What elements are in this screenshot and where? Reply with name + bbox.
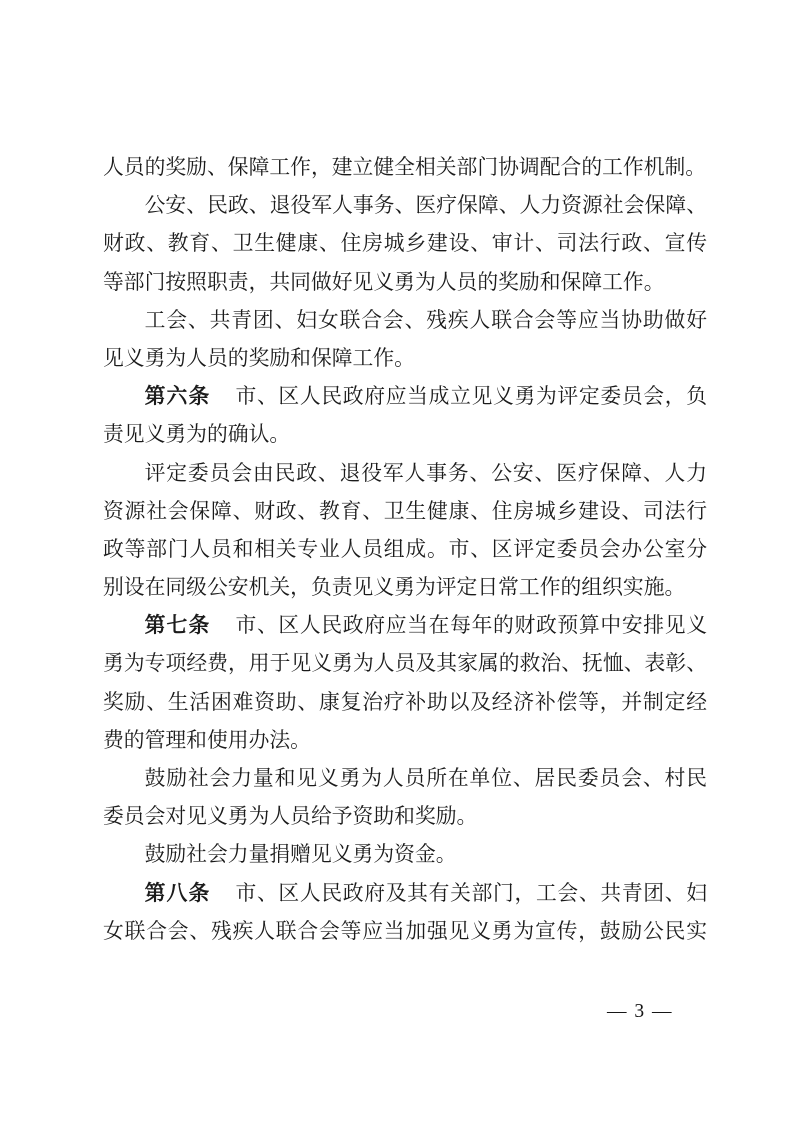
- text-line: 勇为专项经费，用于见义勇为人员及其家属的救治、抚恤、表彰、: [103, 645, 707, 683]
- paragraph: 公安、民政、退役军人事务、医疗保障、人力资源社会保障、财政、教育、卫生健康、住房…: [103, 187, 707, 302]
- text-line: 费的管理和使用办法。: [103, 722, 707, 760]
- paragraph: 第六条市、区人民政府应当成立见义勇为评定委员会，负责见义勇为的确认。: [103, 378, 707, 454]
- page-number: — 3 —: [607, 1000, 673, 1024]
- text-line: 财政、教育、卫生健康、住房城乡建设、审计、司法行政、宣传: [103, 225, 707, 263]
- text-line: 政等部门人员和相关专业人员组成。市、区评定委员会办公室分: [103, 531, 707, 569]
- text-line: 委员会对见义勇为人员给予资助和奖励。: [103, 798, 707, 836]
- article-number: 第六条: [145, 385, 211, 408]
- text-line-content: 评定委员会由民政、退役军人事务、公安、医疗保障、人力: [145, 462, 707, 485]
- article-number: 第八条: [145, 882, 211, 905]
- text-line: 等部门按照职责，共同做好见义勇为人员的奖励和保障工作。: [103, 264, 707, 302]
- text-line: 第六条市、区人民政府应当成立见义勇为评定委员会，负: [103, 378, 707, 416]
- text-line: 鼓励社会力量捐赠见义勇为资金。: [103, 836, 707, 874]
- document-page: 人员的奖励、保障工作，建立健全相关部门协调配合的工作机制。公安、民政、退役军人事…: [0, 0, 793, 1122]
- paragraph: 工会、共青团、妇女联合会、残疾人联合会等应当协助做好见义勇为人员的奖励和保障工作…: [103, 302, 707, 378]
- text-line-content: 见义勇为人员的奖励和保障工作。: [103, 347, 415, 370]
- text-line-content: 公安、民政、退役军人事务、医疗保障、人力资源社会保障、: [145, 194, 707, 217]
- text-line-content: 人员的奖励、保障工作，建立健全相关部门协调配合的工作机制。: [103, 156, 706, 179]
- text-line: 奖励、生活困难资助、康复治疗补助以及经济补偿等，并制定经: [103, 684, 707, 722]
- text-line-content: 市、区人民政府及其有关部门，工会、共青团、妇: [235, 882, 707, 905]
- text-line-content: 财政、教育、卫生健康、住房城乡建设、审计、司法行政、宣传: [103, 232, 707, 255]
- text-line-content: 勇为专项经费，用于见义勇为人员及其家属的救治、抚恤、表彰、: [103, 652, 707, 675]
- text-line-content: 女联合会、残疾人联合会等应当加强见义勇为宣传，鼓励公民实: [103, 920, 707, 943]
- paragraph: 鼓励社会力量捐赠见义勇为资金。: [103, 836, 707, 874]
- text-line-content: 别设在同级公安机关，负责见义勇为评定日常工作的组织实施。: [103, 576, 685, 599]
- text-line: 第八条市、区人民政府及其有关部门，工会、共青团、妇: [103, 875, 707, 913]
- paragraph: 第八条市、区人民政府及其有关部门，工会、共青团、妇女联合会、残疾人联合会等应当加…: [103, 875, 707, 951]
- text-line: 女联合会、残疾人联合会等应当加强见义勇为宣传，鼓励公民实: [103, 913, 707, 951]
- text-line-content: 奖励、生活困难资助、康复治疗补助以及经济补偿等，并制定经: [103, 691, 707, 714]
- paragraph: 人员的奖励、保障工作，建立健全相关部门协调配合的工作机制。: [103, 149, 707, 187]
- text-line-content: 资源社会保障、财政、教育、卫生健康、住房城乡建设、司法行: [103, 500, 707, 523]
- paragraph: 评定委员会由民政、退役军人事务、公安、医疗保障、人力资源社会保障、财政、教育、卫…: [103, 455, 707, 608]
- text-line-content: 责见义勇为的确认。: [103, 423, 290, 446]
- text-line: 别设在同级公安机关，负责见义勇为评定日常工作的组织实施。: [103, 569, 707, 607]
- text-line-content: 等部门按照职责，共同做好见义勇为人员的奖励和保障工作。: [103, 271, 665, 294]
- text-line-content: 鼓励社会力量捐赠见义勇为资金。: [145, 843, 457, 866]
- text-line: 公安、民政、退役军人事务、医疗保障、人力资源社会保障、: [103, 187, 707, 225]
- text-line-content: 委员会对见义勇为人员给予资助和奖励。: [103, 805, 477, 828]
- text-line-content: 鼓励社会力量和见义勇为人员所在单位、居民委员会、村民: [145, 767, 707, 790]
- text-line: 见义勇为人员的奖励和保障工作。: [103, 340, 707, 378]
- paragraph: 鼓励社会力量和见义勇为人员所在单位、居民委员会、村民委员会对见义勇为人员给予资助…: [103, 760, 707, 836]
- text-line-content: 市、区人民政府应当在每年的财政预算中安排见义: [235, 614, 707, 637]
- paragraph: 第七条市、区人民政府应当在每年的财政预算中安排见义勇为专项经费，用于见义勇为人员…: [103, 607, 707, 760]
- text-line: 评定委员会由民政、退役军人事务、公安、医疗保障、人力: [103, 455, 707, 493]
- text-line-content: 工会、共青团、妇女联合会、残疾人联合会等应当协助做好: [145, 309, 707, 332]
- text-line: 工会、共青团、妇女联合会、残疾人联合会等应当协助做好: [103, 302, 707, 340]
- text-line: 第七条市、区人民政府应当在每年的财政预算中安排见义: [103, 607, 707, 645]
- text-line: 人员的奖励、保障工作，建立健全相关部门协调配合的工作机制。: [103, 149, 707, 187]
- text-line: 鼓励社会力量和见义勇为人员所在单位、居民委员会、村民: [103, 760, 707, 798]
- document-body: 人员的奖励、保障工作，建立健全相关部门协调配合的工作机制。公安、民政、退役军人事…: [103, 149, 707, 951]
- text-line: 责见义勇为的确认。: [103, 416, 707, 454]
- article-number: 第七条: [145, 614, 211, 637]
- text-line-content: 费的管理和使用办法。: [103, 729, 311, 752]
- text-line-content: 政等部门人员和相关专业人员组成。市、区评定委员会办公室分: [103, 538, 707, 561]
- text-line: 资源社会保障、财政、教育、卫生健康、住房城乡建设、司法行: [103, 493, 707, 531]
- text-line-content: 市、区人民政府应当成立见义勇为评定委员会，负: [235, 385, 707, 408]
